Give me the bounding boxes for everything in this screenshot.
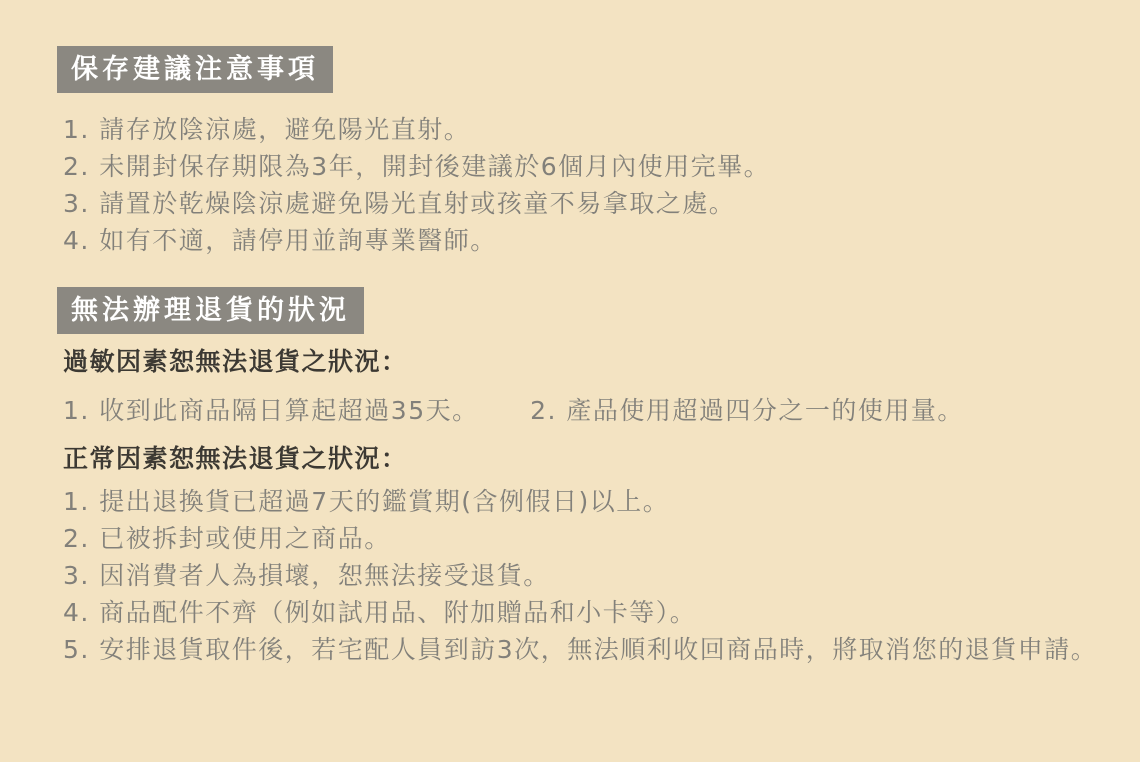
returns-section: 無法辦理退貨的狀況 過敏因素恕無法退貨之狀況： 1. 收到此商品隔日算起超過35… [57, 259, 1120, 668]
storage-instruction-item: 1. 請存放陰涼處，避免陽光直射。 [63, 111, 1120, 148]
storage-instruction-item: 3. 請置於乾燥陰涼處避免陽光直射或孩童不易拿取之處。 [63, 185, 1120, 222]
storage-instruction-item: 2. 未開封保存期限為3年，開封後建議於6個月內使用完畢。 [63, 148, 1120, 185]
returns-section-header: 無法辦理退貨的狀況 [57, 287, 364, 334]
storage-instructions-list: 1. 請存放陰涼處，避免陽光直射。 2. 未開封保存期限為3年，開封後建議於6個… [63, 111, 1120, 259]
allergy-condition-item: 2. 產品使用超過四分之一的使用量。 [530, 396, 964, 425]
storage-instruction-item: 4. 如有不適，請停用並詢專業醫師。 [63, 222, 1120, 259]
storage-section-header: 保存建議注意事項 [57, 46, 333, 93]
normal-condition-item: 4. 商品配件不齊（例如試用品、附加贈品和小卡等）。 [63, 594, 1120, 631]
product-notice-page: 保存建議注意事項 1. 請存放陰涼處，避免陽光直射。 2. 未開封保存期限為3年… [0, 0, 1140, 762]
normal-condition-item: 3. 因消費者人為損壞，恕無法接受退貨。 [63, 557, 1120, 594]
allergy-conditions-heading: 過敏因素恕無法退貨之狀況： [63, 346, 1120, 378]
allergy-conditions-list: 1. 收到此商品隔日算起超過35天。 2. 產品使用超過四分之一的使用量。 [63, 392, 1120, 429]
normal-condition-item: 2. 已被拆封或使用之商品。 [63, 520, 1120, 557]
normal-conditions-heading: 正常因素恕無法退貨之狀況： [63, 443, 1120, 475]
allergy-condition-item: 1. 收到此商品隔日算起超過35天。 [63, 396, 479, 425]
storage-section: 保存建議注意事項 1. 請存放陰涼處，避免陽光直射。 2. 未開封保存期限為3年… [57, 46, 1120, 259]
normal-condition-item: 1. 提出退換貨已超過7天的鑑賞期(含例假日)以上。 [63, 483, 1120, 520]
normal-conditions-list: 1. 提出退換貨已超過7天的鑑賞期(含例假日)以上。 2. 已被拆封或使用之商品… [63, 483, 1120, 668]
normal-condition-item: 5. 安排退貨取件後，若宅配人員到訪3次，無法順利收回商品時，將取消您的退貨申請… [63, 631, 1120, 668]
